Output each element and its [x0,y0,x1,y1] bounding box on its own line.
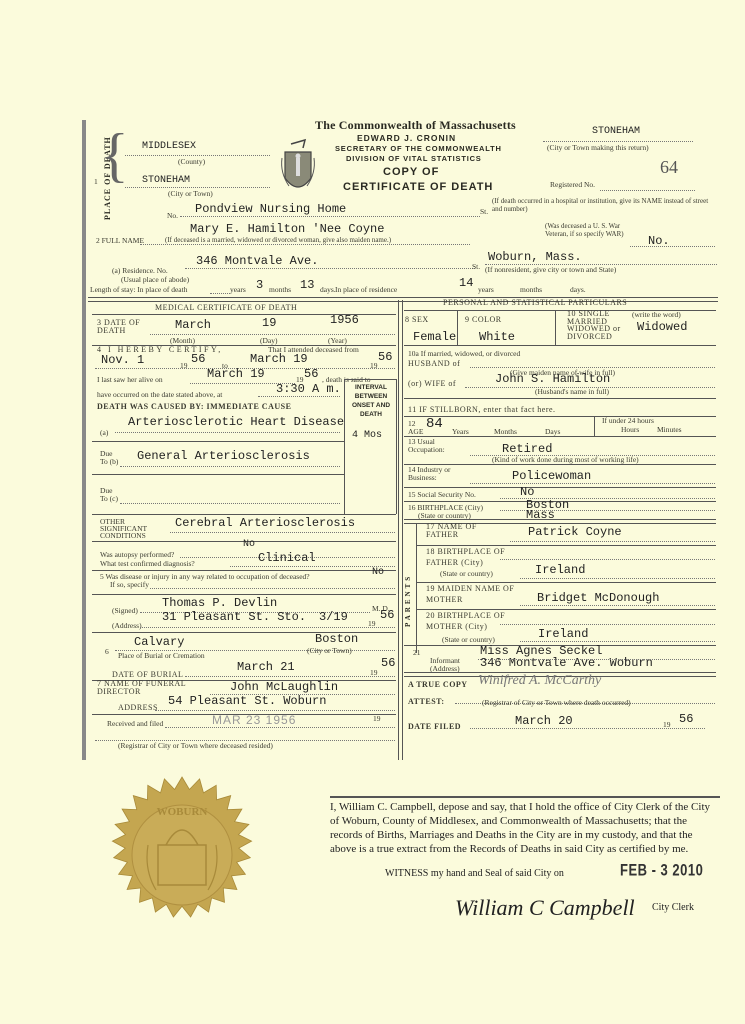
sex-value: Female [413,330,456,344]
full-name-note: (If deceased is a married, widowed or di… [165,236,391,244]
funeral-director: John McLaughlin [230,680,338,694]
last-saw-year: 56 [304,367,318,381]
burial-city-label: (City or Town) [307,646,352,655]
death-certificate-page: The Commonwealth of Massachusetts EDWARD… [0,0,745,1024]
left-border [82,120,86,760]
burial-date-label: DATE OF BURIAL [112,670,183,679]
stay-months-label: months [269,285,291,294]
registrar-label: (Registrar of City or Town where decease… [118,741,273,750]
cause-b-label: Due To (b) [100,450,120,466]
occupation-value: Retired [502,442,552,456]
wife-label: (or) WIFE of [408,379,456,388]
other-conditions: Cerebral Arteriosclerosis [175,516,355,530]
registered-no: 64 [660,157,678,178]
copy-of-title: COPY OF [383,166,439,178]
mother-birth-label: 20 BIRTHPLACE OF MOTHER (City) [426,610,516,632]
father-birth-label: 18 BIRTHPLACE OF FATHER (City) [426,546,516,568]
true-copy-label: A TRUE COPY [408,680,468,689]
clerk-title: City Clerk [652,902,694,913]
father-value: Patrick Coyne [528,525,622,539]
under24-label: If under 24 hours [602,416,654,425]
filed-year: 56 [679,712,693,726]
mother-birth-value: Ireland [538,627,588,641]
registered-no-label: Registered No. [550,180,595,189]
county-value: MIDDLESEX [142,141,196,152]
stay-label: Length of stay: In place of death [90,285,187,294]
medical-section-title: MEDICAL CERTIFICATE OF DEATH [155,303,297,312]
full-name-value: Mary E. Hamilton 'Nee Coyne [190,222,384,236]
parents-side-label: PARENTS [404,574,412,627]
occupation-label: 13 Usual Occupation: [408,438,468,454]
minutes-label: Minutes [657,425,682,434]
death-month: March [175,318,211,332]
age-label: 12 AGE [408,420,424,436]
day-label: (Day) [260,336,278,345]
father-birth-state-label: (State or country) [440,569,493,578]
attended-to: March 19 [250,352,308,366]
stay-years-label: years [230,285,246,294]
county-label: (County) [178,157,205,166]
cause-a: Arteriosclerotic Heart Disease [128,415,344,429]
secretary-title: SECRETARY OF THE COMMONWEALTH [335,144,502,153]
color-value: White [479,330,515,344]
return-town-label: (City or Town making this return) [547,143,649,152]
witness-text: WITNESS my hand and Seal of said City on [385,868,564,879]
year-label: (Year) [328,336,347,345]
marital-label: 10 SINGLE MARRIED WIDOWED or DIVORCED [567,310,637,340]
marital-value: Widowed [637,320,687,334]
residence-days-label: days. [570,285,586,294]
residence-months-label: months [520,285,542,294]
month-label: (Month) [170,336,195,345]
sex-label: 8 SEX [405,315,429,324]
residence-value: 346 Montvale Ave. [196,254,318,268]
burial-place-label: Place of Burial or Cremation [118,651,205,660]
secretary-name: EDWARD J. CRONIN [357,133,456,143]
to-year: 56 [378,350,392,364]
residence-years-label: years [478,285,494,294]
husband-label: HUSBAND of [408,359,460,368]
from-year: 56 [191,352,205,366]
doctor-address: 31 Pleasant St. Sto. [162,610,306,624]
town-label: (City or Town) [168,189,213,198]
sign-year: 56 [380,608,394,622]
residence-years-value: 14 [459,276,473,290]
residence-sublabel: (Usual place of abode) [121,275,189,284]
commonwealth-title: The Commonwealth of Massachusetts [315,118,516,133]
date-of-death-label: 3 DATE OF DEATH [97,319,152,335]
occurred-label: have occurred on the date stated above, … [97,390,222,399]
signed-label: (Signed) [112,606,138,615]
ssn-label: 15 Social Security No. [408,490,476,499]
cause-a-label: (a) [100,428,108,437]
clerk-signature: William C Campbell [455,895,635,921]
test-value: Clinical [258,551,316,565]
woburn-gold-seal-icon: WOBURN [96,775,268,947]
color-label: 9 COLOR [465,315,502,324]
residence-st-label: St. [472,262,480,271]
signed-value: Thomas P. Devlin [162,596,277,610]
months-label: Months [494,427,517,436]
mother-value: Bridget McDonough [537,591,659,605]
clerk-date-stamp: FEB - 3 2010 [620,860,703,880]
received-label: Received and filed [107,719,163,728]
burial-city: Boston [315,632,358,646]
death-year: 1956 [330,313,359,327]
cause-label: DEATH WAS CAUSED BY: IMMEDIATE CAUSE [97,402,291,411]
interval-label: INTERVAL BETWEEN ONSET AND DEATH [348,383,394,419]
cause-c-label: Due To (c) [100,487,120,503]
attest-note: (Registrar of City or Town where death o… [482,698,631,707]
burial-place: Calvary [134,635,184,649]
wife-value: John S. Hamilton [495,372,610,386]
burial-year: 56 [381,656,395,670]
last-saw-label: I last saw her alive on [97,375,163,384]
stay-months-value: 3 [256,278,263,292]
father-label: 17 NAME OF FATHER [426,523,506,539]
industry-value: Policewoman [512,469,591,483]
attest-label: ATTEST: [408,697,445,706]
division-title: DIVISION OF VITAL STATISTICS [346,154,482,163]
informant-no: 21 [413,648,421,657]
wife-note: (Husband's name in full) [535,387,609,396]
address-label: (Address) [112,621,142,630]
certificate-title: CERTIFICATE OF DEATH [343,181,493,193]
industry-label: 14 Industry or Business: [408,466,468,482]
institution-note: (If death occurred in a hospital or inst… [492,197,712,213]
received-year-prefix: 19 [373,714,381,723]
mother-label: 19 MAIDEN NAME OF MOTHER [426,583,516,605]
age-value: 84 [426,416,443,432]
other-conditions-label: OTHER SIGNIFICANT CONDITIONS [100,518,170,539]
days-label: Days [545,427,560,436]
institution-st-label: St. [480,207,488,216]
stay-days-value: 13 [300,278,314,292]
funeral-address: 54 Pleasant St. Woburn [168,694,326,708]
autopsy-label: Was autopsy performed? [100,550,174,559]
father-birth-value: Ireland [535,563,585,577]
specify-label: If so, specify [110,580,149,589]
received-stamp: MAR 23 1956 [212,713,296,727]
mother-birth-state-label: (State or country) [442,635,495,644]
attended-from: Nov. 1 [101,353,144,367]
marital-hint: (write the word) [632,310,681,319]
town-value: STONEHAM [142,175,190,186]
residence-city: Woburn, Mass. [488,250,582,264]
burial-date: March 21 [237,660,295,674]
institution-value: Pondview Nursing Home [195,202,346,216]
hours-label: Hours [621,425,639,434]
cause-b: General Arteriosclerosis [137,449,310,463]
attest-signature: Winifred A. McCarthy [478,673,601,689]
svg-text:WOBURN: WOBURN [157,806,208,818]
stay-days-label: days. [320,285,336,294]
test-label: What test confirmed diagnosis? [100,559,195,568]
residence-city-note: (If nonresident, give city or town and S… [485,265,616,274]
death-time: 3:30 A m. [276,382,341,396]
death-day: 19 [262,316,276,330]
return-town: STONEHAM [592,126,640,137]
occupation-related-value: No [372,567,384,578]
sign-date: 3/19 [319,610,348,624]
ssn-value: No [520,485,534,499]
funeral-address-label: ADDRESS [118,703,158,712]
place-item-no: 1 [94,177,98,186]
interval-a: 4 Mos [352,430,382,441]
clerk-statement: I, William C. Campbell, depose and say, … [330,800,715,856]
massachusetts-seal-icon [279,138,317,200]
occupation-note: (Kind of work done during most of workin… [492,455,639,464]
veteran-label: (Was deceased a U. S. War Veteran, if so… [545,222,635,238]
last-saw-date: March 19 [207,367,265,381]
personal-section-title: PERSONAL AND STATISTICAL PARTICULARS [443,298,627,307]
institution-no-label: No. [167,211,178,220]
spouse-label: 10a If married, widowed, or divorced [408,349,520,358]
years-label: Years [452,427,469,436]
stillborn-label: 11 IF STILLBORN, enter that fact here. [408,405,556,414]
full-name-label: 2 FULL NAME [96,236,144,245]
burial-item-no: 6 [105,647,109,656]
date-filed: March 20 [515,714,573,728]
residence-stay-label: In place of residence [335,285,397,294]
residence-label: (a) Residence. No. [112,266,168,275]
autopsy-value: No [243,539,255,550]
date-filed-label: DATE FILED [408,722,461,731]
